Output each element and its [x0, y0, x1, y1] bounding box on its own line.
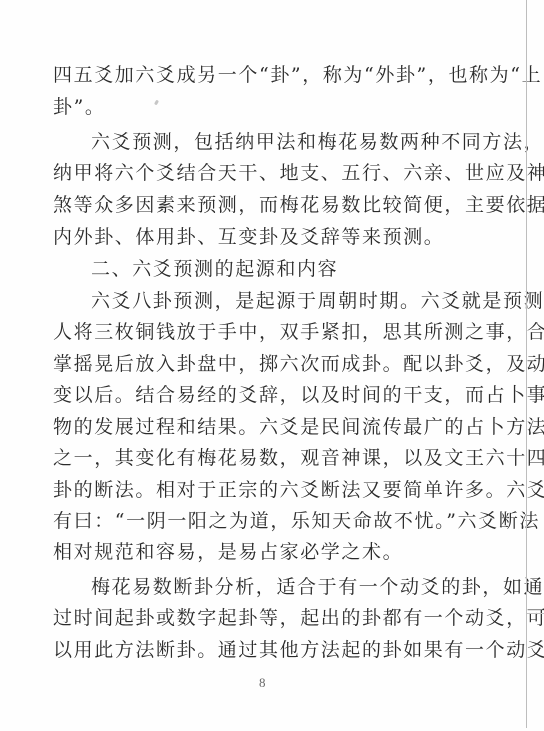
text-line: 之一，其变化有梅花易数，观音神课，以及文王六十四 [53, 447, 483, 469]
text-line: 相对规范和容易，是易占家必学之术。 [53, 541, 483, 563]
text-line: 以用此方法断卦。通过其他方法起的卦如果有一个动爻， [53, 639, 483, 661]
text-line: 人将三枚铜钱放于手中，双手紧扣，思其所测之事，合 [53, 321, 483, 343]
page-edge-divider [526, 0, 527, 728]
text-line: 纳甲将六个爻结合天干、地支、五行、六亲、世应及神 [53, 162, 483, 184]
text-line: 掌摇晃后放入卦盘中，掷六次而成卦。配以卦爻，及动 [53, 353, 483, 375]
text-line: 过时间起卦或数字起卦等，起出的卦都有一个动爻，可 [53, 607, 483, 629]
text-line: 变以后。结合易经的爻辞，以及时间的干支，而占卜事 [53, 384, 483, 406]
text-line: 卦的断法。相对于正宗的六爻断法又要简单许多。六爻 [53, 479, 483, 501]
paragraph-start-line: 六爻预测，包括纳甲法和梅花易数两种不同方法， [91, 131, 521, 153]
page-number: 8 [259, 675, 266, 691]
paragraph-start-line: 梅花易数断卦分析，适合于有一个动爻的卦，如通 [91, 576, 521, 598]
text-line: 有曰：“一阴一阳之为道，乐知天命故不忧。”六爻断法 [53, 510, 483, 532]
text-line: 四五爻加六爻成另一个“卦”，称为“外卦”，也称为“上 [53, 64, 483, 86]
section-heading: 二、六爻预测的起源和内容 [91, 258, 521, 280]
page-edge-tick [527, 613, 544, 614]
paragraph-start-line: 六爻八卦预测，是起源于周朝时期。六爻就是预测 [91, 290, 521, 312]
text-line: 卦”。 [53, 96, 483, 118]
text-line: 内外卦、体用卦、互变卦及爻辞等来预测。 [53, 226, 483, 248]
scanned-book-page: 四五爻加六爻成另一个“卦”，称为“外卦”，也称为“上 卦”。 六爻预测，包括纳甲… [0, 0, 544, 731]
text-line: 物的发展过程和结果。六爻是民间流传最广的占卜方法 [53, 416, 483, 438]
text-line: 煞等众多因素来预测，而梅花易数比较简便，主要依据 [53, 194, 483, 216]
